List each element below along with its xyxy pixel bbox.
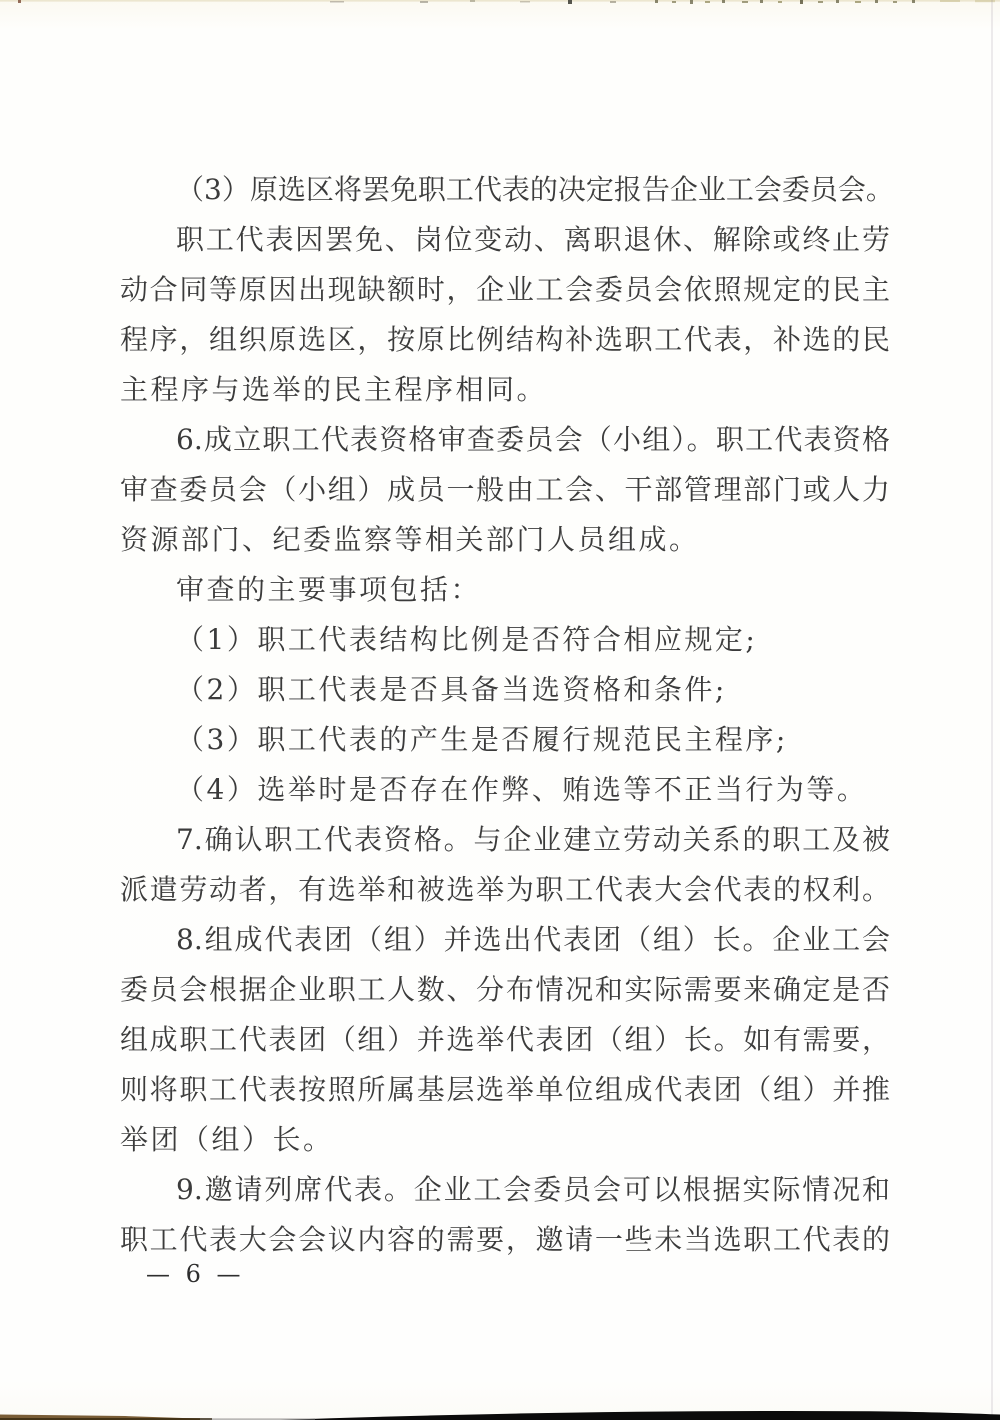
- bottom-scan-shadow-artifact: [0, 1406, 1000, 1420]
- text-line: 职工代表因罢免、岗位变动、离职退休、解除或终止劳: [120, 215, 890, 265]
- document-page: （3）原选区将罢免职工代表的决定报告企业工会委员会。 职工代表因罢免、岗位变动、…: [0, 0, 1000, 1420]
- text-line: 程序，组织原选区，按原比例结构补选职工代表，补选的民: [120, 315, 890, 365]
- text-line: （3）职工代表的产生是否履行规范民主程序;: [120, 715, 890, 765]
- text-line: 动合同等原因出现缺额时，企业工会委员会依照规定的民主: [120, 265, 890, 315]
- text-line: 审查委员会（小组）成员一般由工会、干部管理部门或人力: [120, 465, 890, 515]
- text-line: 委员会根据企业职工人数、分布情况和实际需要来确定是否: [120, 965, 890, 1015]
- text-line: 组成职工代表团（组）并选举代表团（组）长。如有需要，: [120, 1015, 890, 1065]
- page-number: — 6 —: [146, 1260, 245, 1288]
- top-scan-noise-artifact: [0, 0, 1000, 8]
- text-line: 6.成立职工代表资格审查委员会（小组）。职工代表资格: [120, 415, 890, 465]
- text-line: 派遣劳动者，有选举和被选举为职工代表大会代表的权利。: [120, 865, 890, 915]
- text-line: 资源部门、纪委监察等相关部门人员组成。: [120, 515, 890, 565]
- document-body: （3）原选区将罢免职工代表的决定报告企业工会委员会。 职工代表因罢免、岗位变动、…: [120, 165, 890, 1265]
- text-line: 8.组成代表团（组）并选出代表团（组）长。企业工会: [120, 915, 890, 965]
- text-line: 职工代表大会会议内容的需要，邀请一些未当选职工代表的: [120, 1215, 890, 1265]
- text-line: （3）原选区将罢免职工代表的决定报告企业工会委员会。: [120, 165, 890, 215]
- text-line: 主程序与选举的民主程序相同。: [120, 365, 890, 415]
- text-line: （4）选举时是否存在作弊、贿选等不正当行为等。: [120, 765, 890, 815]
- text-line: （2）职工代表是否具备当选资格和条件;: [120, 665, 890, 715]
- text-line: 7.确认职工代表资格。与企业建立劳动关系的职工及被: [120, 815, 890, 865]
- right-scan-edge-artifact: [991, 0, 993, 1420]
- text-line: 则将职工代表按照所属基层选举单位组成代表团（组）并推: [120, 1065, 890, 1115]
- text-line: 审查的主要事项包括：: [120, 565, 890, 615]
- text-line: 举团（组）长。: [120, 1115, 890, 1165]
- text-line: （1）职工代表结构比例是否符合相应规定;: [120, 615, 890, 665]
- text-line: 9.邀请列席代表。企业工会委员会可以根据实际情况和: [120, 1165, 890, 1215]
